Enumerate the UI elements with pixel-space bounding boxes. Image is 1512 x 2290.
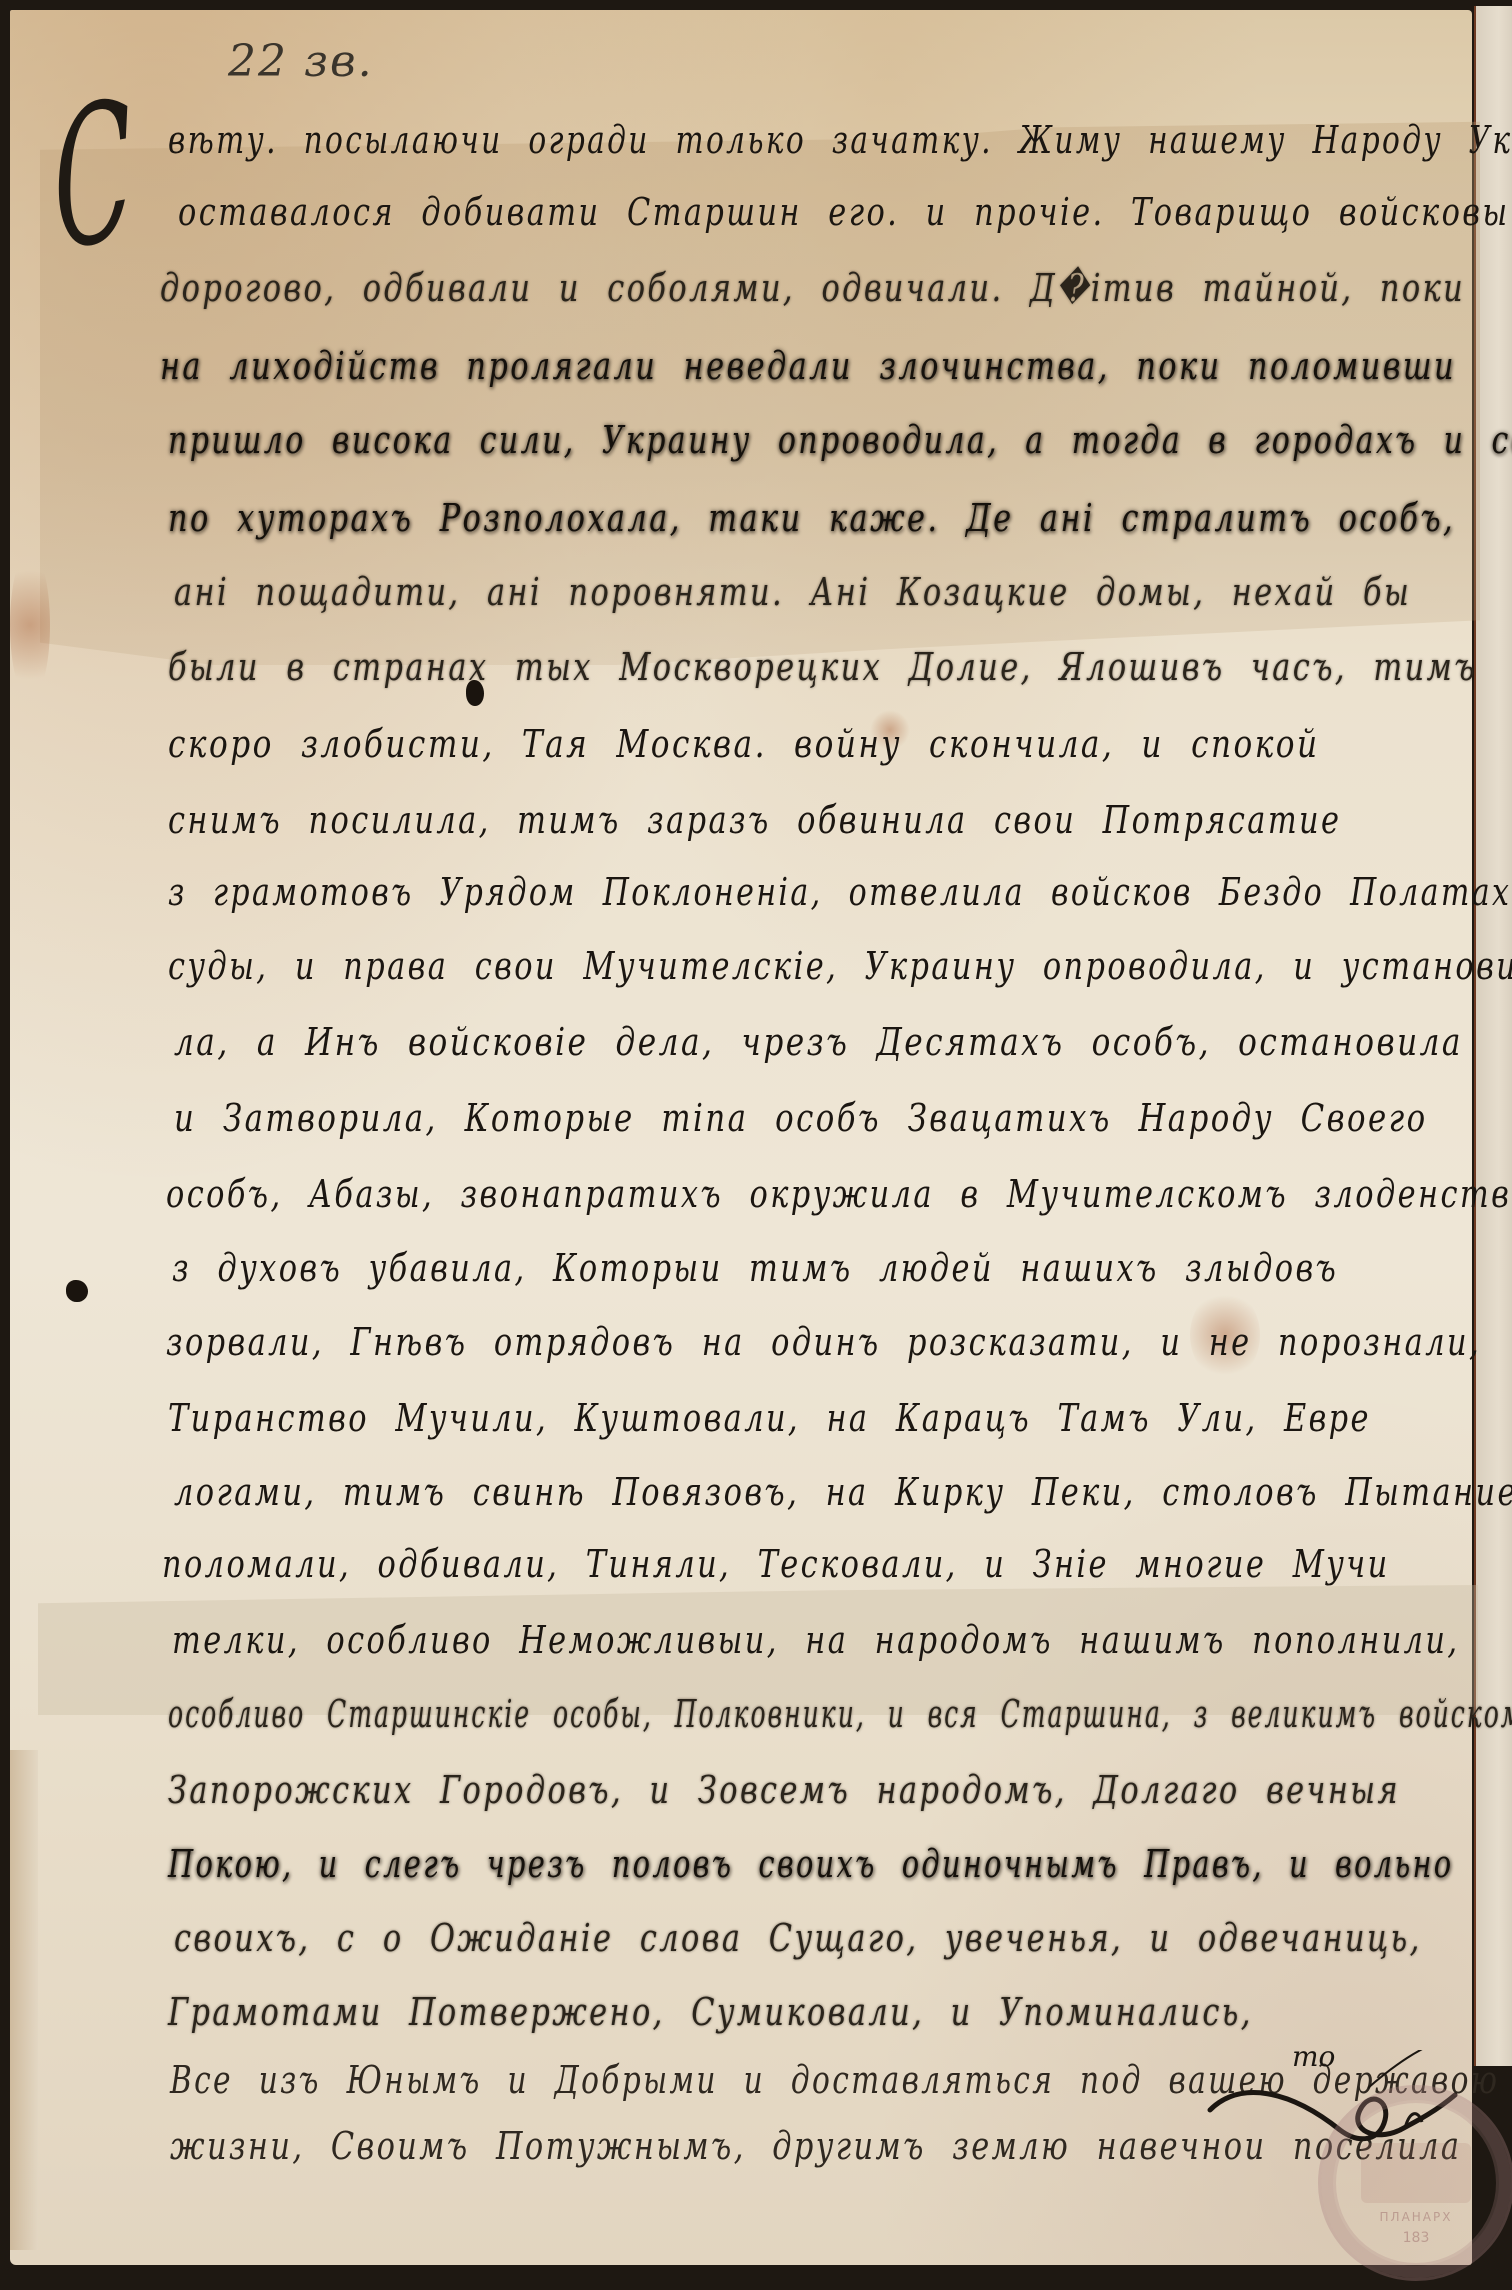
manuscript-line: по хуторахъ Розполохала, таки каже. Де а… — [168, 496, 1455, 540]
manuscript-line: оставалося добивати Старшин его. и прочі… — [178, 190, 1510, 234]
manuscript-line: были в странах тых Москворецких Долие, Я… — [168, 645, 1477, 689]
decorative-initial: С — [48, 75, 138, 279]
manuscript-line: з грамотовъ Урядом Поклоненіа, отвелила … — [168, 870, 1512, 914]
manuscript-line: на лиходійств пролягали неведали злочинс… — [160, 344, 1456, 388]
ink-blot — [466, 680, 484, 706]
folio-number: 22 зв. — [228, 36, 374, 87]
manuscript-line: и Затворила, Которые тіпа особъ Звацатих… — [174, 1096, 1428, 1140]
library-stamp: ПЛАНАРХ 183 — [1318, 2085, 1512, 2281]
manuscript-line: телки, особливо Неможливыи, на народомъ … — [172, 1618, 1459, 1662]
stamp-year: 183 — [1321, 2230, 1511, 2246]
manuscript-line: Грамотами Потвержено, Сумиковали, и Упом… — [168, 1990, 1253, 2034]
manuscript-line: ані пощадити, ані поровняти. Ані Козацки… — [174, 570, 1411, 614]
manuscript-line: особливо Старшинскіе особы, Полковники, … — [168, 1692, 1512, 1736]
manuscript-line: снимъ посилила, тимъ заразъ обвинила сво… — [168, 798, 1341, 842]
manuscript-line: ла, а Инъ войсковіе дела, чрезъ Десятахъ… — [174, 1020, 1463, 1064]
manuscript-line: Покою, и слегъ чрезъ половъ своихъ одино… — [168, 1842, 1453, 1886]
manuscript-line: особъ, Абазы, звонапратихъ окружила в Му… — [166, 1172, 1512, 1216]
stamp-label: ПЛАНАРХ — [1321, 2210, 1511, 2224]
manuscript-line: логами, тимъ свинѣ Повязовъ, на Кирку Пе… — [174, 1470, 1512, 1514]
manuscript-line: Запорожских Городовъ, и Зовсемъ народомъ… — [168, 1768, 1400, 1812]
manuscript-line: вѣту. посылаючи огради только зачатку. Ж… — [168, 118, 1512, 162]
stamp-emblem — [1361, 2143, 1471, 2203]
manuscript-line: дорогово, одбивали и соболями, одвичали.… — [160, 266, 1465, 310]
manuscript-line: поломали, одбивали, Тиняли, Тесковали, и… — [162, 1542, 1390, 1586]
manuscript-line: з духовъ убавила, Которыи тимъ людей наш… — [172, 1246, 1338, 1290]
ink-blot — [66, 1280, 88, 1302]
manuscript-line: суды, и права свои Мучителскіе, Украину … — [168, 944, 1512, 988]
rust-stain-spot — [10, 550, 50, 700]
manuscript-line: своихъ, с о Ожиданіе слова Сущаго, увече… — [174, 1916, 1422, 1960]
manuscript-line: пришло висока сили, Украину опроводила, … — [168, 418, 1512, 462]
manuscript-line: скоро злобисти, Тая Москва. войну скончи… — [168, 722, 1320, 766]
manuscript-line: зорвали, Гнѣвъ отрядовъ на одинъ розсказ… — [166, 1320, 1481, 1364]
manuscript-line: Тиранство Мучили, Куштовали, на Карацъ Т… — [168, 1396, 1371, 1440]
worn-left-edge — [10, 1750, 38, 2250]
